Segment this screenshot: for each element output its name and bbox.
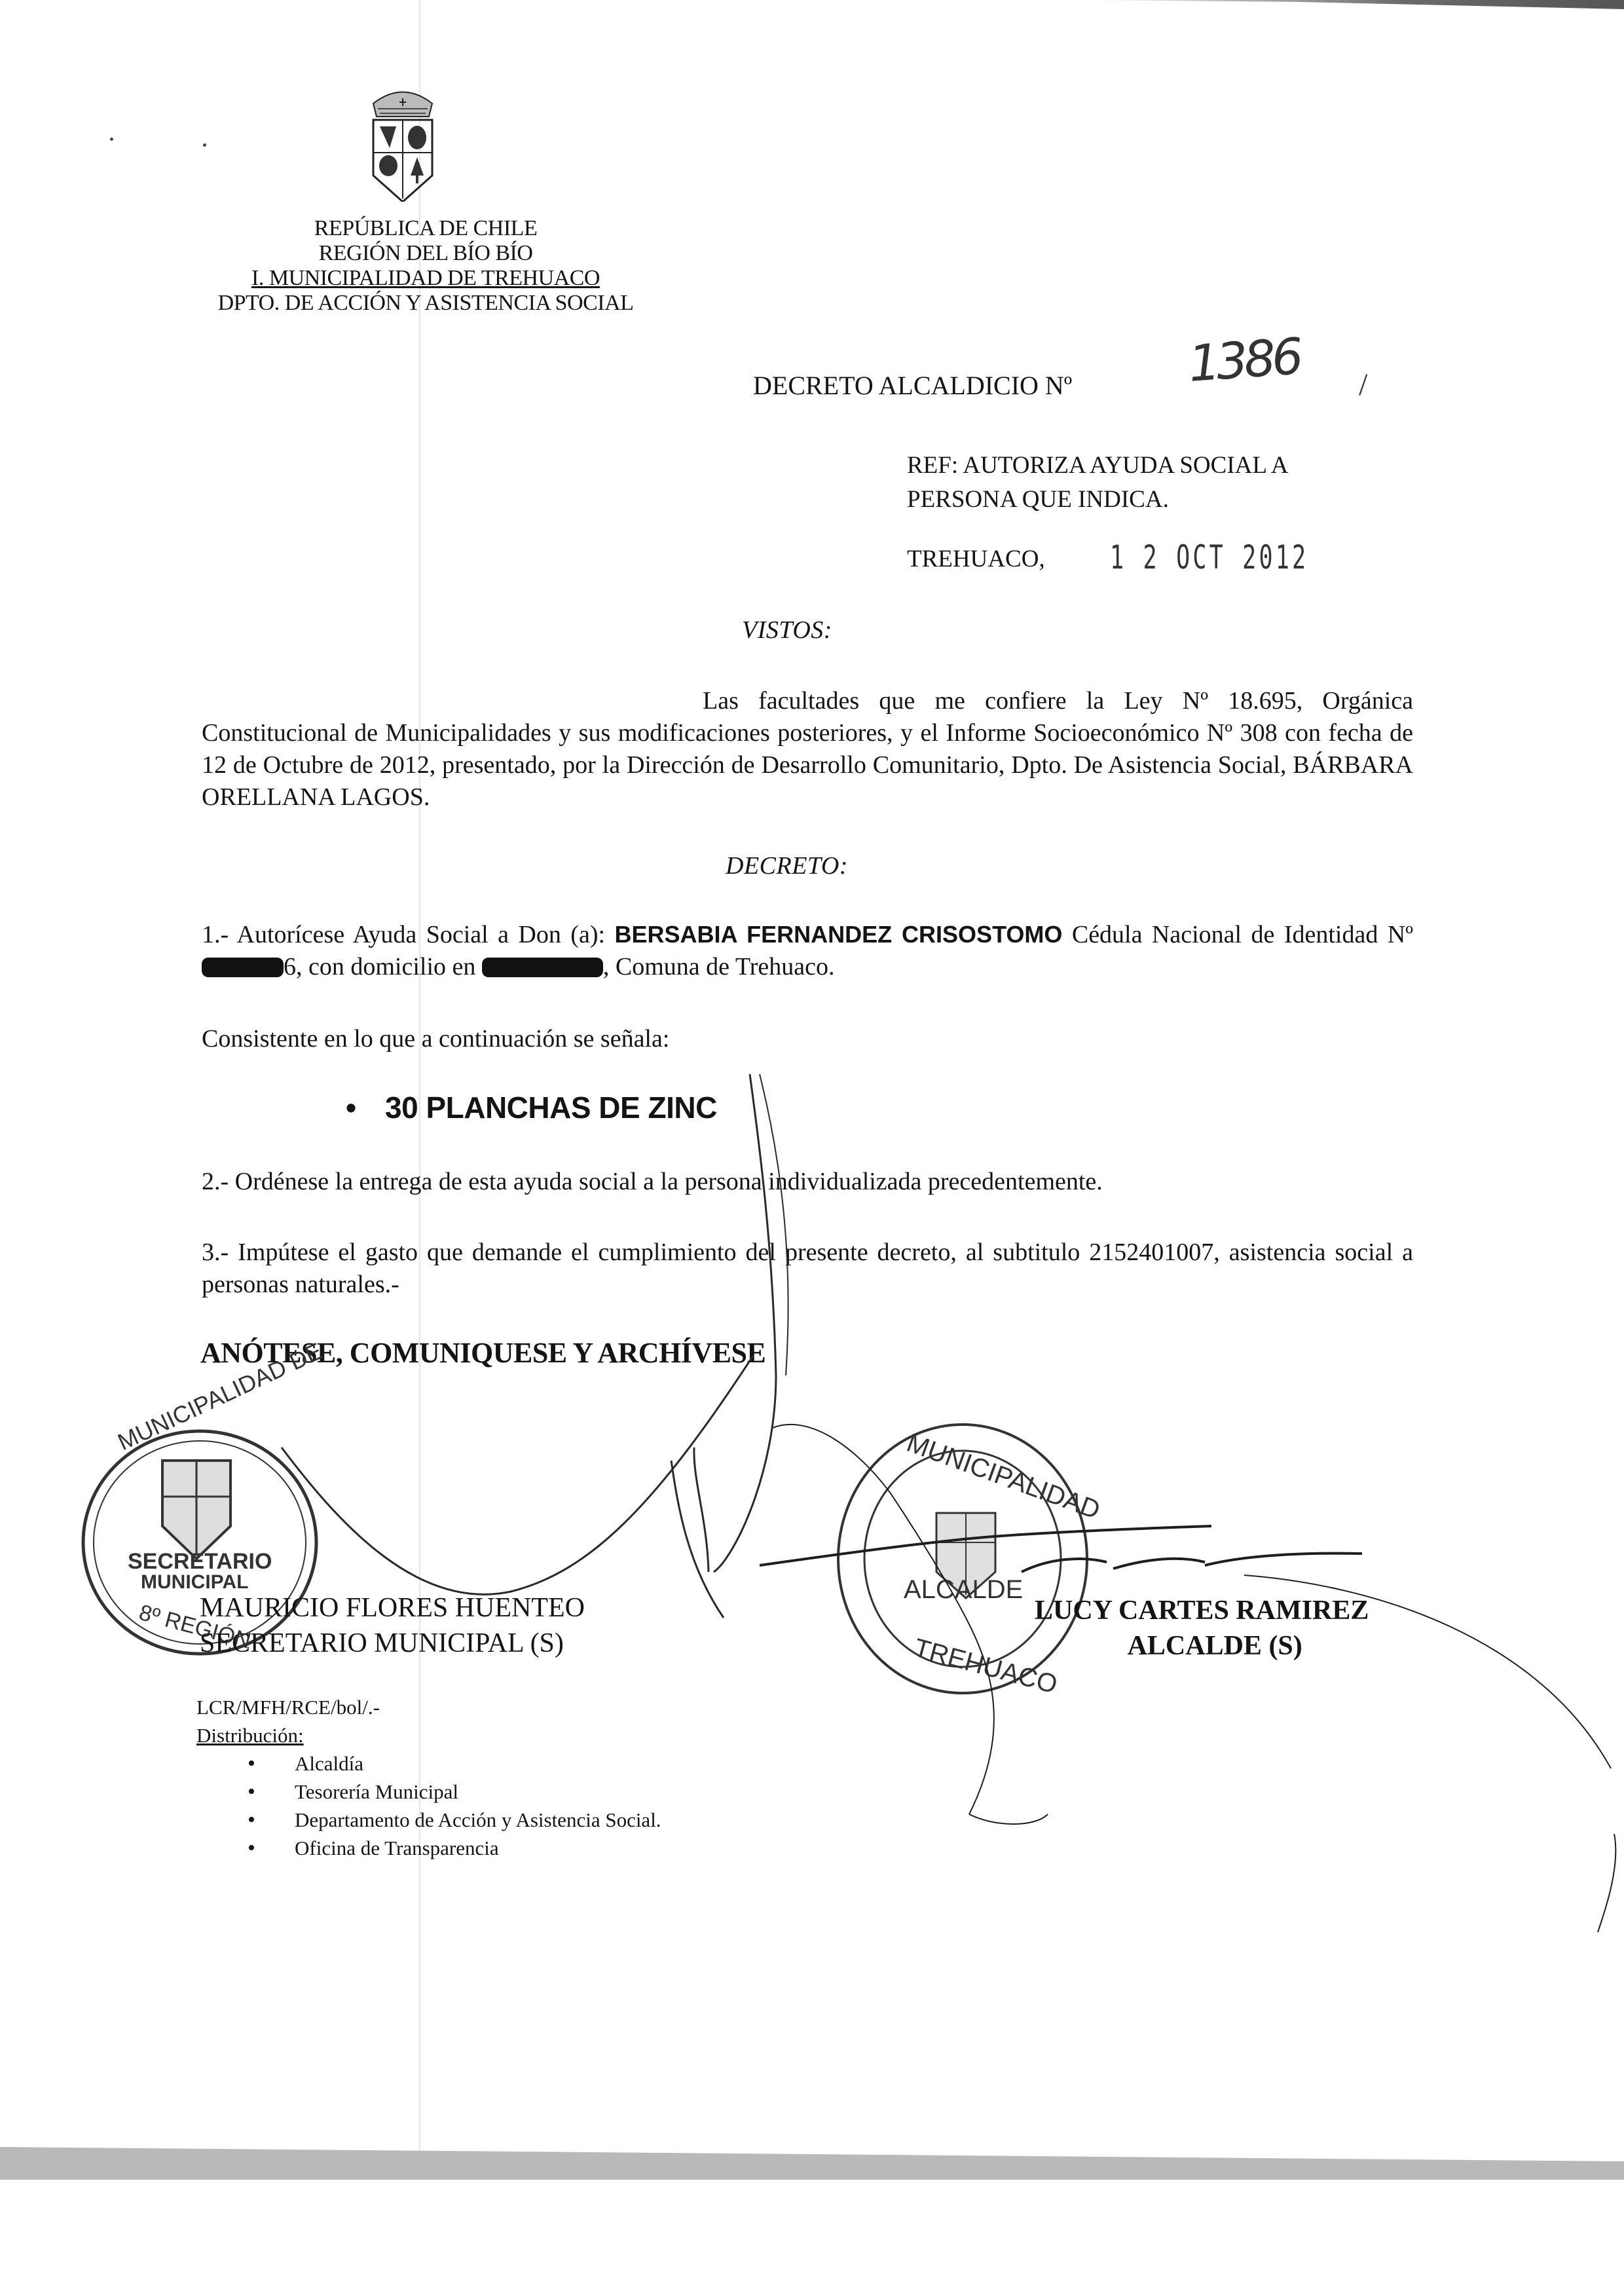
svg-text:MUNICIPALIDAD: MUNICIPALIDAD bbox=[903, 1428, 1104, 1525]
decree-title: DECRETO ALCALDICIO Nº bbox=[753, 370, 1072, 401]
decree-item-1: 1.- Autorícese Ayuda Social a Don (a): B… bbox=[202, 918, 1413, 983]
reference: REF: AUTORIZA AYUDA SOCIAL A PERSONA QUE… bbox=[907, 449, 1289, 517]
distribution-item: Departamento de Acción y Asistencia Soci… bbox=[196, 1806, 661, 1834]
beneficiary-name: BERSABIA FERNANDEZ CRISOSTOMO bbox=[614, 921, 1062, 948]
department-name: DPTO. DE ACCIÓN Y ASISTENCIA SOCIAL bbox=[196, 291, 655, 316]
country-name: REPÚBLICA DE CHILE bbox=[196, 216, 655, 241]
distribution-label: Distribución: bbox=[196, 1721, 661, 1749]
scan-speck bbox=[203, 143, 206, 147]
secretary-signature-block: MAURICIO FLORES HUENTEO SECRETARIO MUNIC… bbox=[200, 1590, 585, 1661]
scan-shadow-bottom bbox=[0, 2147, 1624, 2180]
distribution-item: Tesorería Municipal bbox=[196, 1778, 661, 1806]
stamps-and-signatures: SECRETARIO MUNICIPAL MUNICIPALIDAD DE 8º… bbox=[0, 0, 1624, 2295]
mayor-signature-block: LUCY CARTES RAMIREZ ALCALDE (S) bbox=[1035, 1593, 1369, 1664]
letterhead: REPÚBLICA DE CHILE REGIÓN DEL BÍO BÍO I.… bbox=[196, 216, 655, 316]
decree-item-2: 2.- Ordénese la entrega de esta ayuda so… bbox=[202, 1166, 1413, 1198]
bullet-icon: • bbox=[346, 1090, 385, 1125]
distribution-item: Alcaldía bbox=[196, 1749, 661, 1778]
decreto-heading: DECRETO: bbox=[726, 851, 848, 880]
place: TREHUACO, bbox=[907, 545, 1045, 573]
distribution-list: Alcaldía Tesorería Municipal Departament… bbox=[196, 1749, 661, 1862]
consistent-line: Consistente en lo que a continuación se … bbox=[202, 1023, 1413, 1055]
decree-number-handwritten: 1386 bbox=[1187, 327, 1301, 393]
reference-line-1: REF: AUTORIZA AYUDA SOCIAL A bbox=[907, 449, 1289, 483]
vistos-heading: VISTOS: bbox=[742, 616, 832, 644]
redacted-id bbox=[202, 958, 284, 977]
initials: LCR/MFH/RCE/bol/.- bbox=[196, 1693, 661, 1721]
scan-speck bbox=[110, 138, 113, 141]
date-stamp: 1 2 OCT 2012 bbox=[1110, 538, 1308, 576]
distribution-footer: LCR/MFH/RCE/bol/.- Distribución: Alcaldí… bbox=[196, 1693, 661, 1862]
municipality-name: I. MUNICIPALIDAD DE TREHUACO bbox=[196, 266, 655, 291]
aid-item: •30 PLANCHAS DE ZINC bbox=[346, 1090, 717, 1125]
decree-item-3: 3.- Impútese el gasto que demande el cum… bbox=[202, 1237, 1413, 1301]
closing-formula: ANÓTESE, COMUNIQUESE Y ARCHÍVESE bbox=[200, 1336, 766, 1370]
scan-shadow-top bbox=[1074, 0, 1624, 9]
vistos-paragraph: Las facultades que me confiere la Ley Nº… bbox=[202, 685, 1413, 813]
svg-text:SECRETARIO: SECRETARIO bbox=[128, 1549, 272, 1574]
reference-line-2: PERSONA QUE INDICA. bbox=[907, 483, 1289, 517]
distribution-item: Oficina de Transparencia bbox=[196, 1834, 661, 1862]
mayor-title: ALCALDE (S) bbox=[1035, 1628, 1369, 1664]
municipal-crest-icon bbox=[363, 84, 442, 202]
secretary-name: MAURICIO FLORES HUENTEO bbox=[200, 1590, 585, 1626]
redacted-address bbox=[482, 958, 603, 977]
decree-slash: / bbox=[1359, 367, 1367, 403]
region-name: REGIÓN DEL BÍO BÍO bbox=[196, 241, 655, 266]
mayor-name: LUCY CARTES RAMIREZ bbox=[1035, 1593, 1369, 1628]
secretary-title: SECRETARIO MUNICIPAL (S) bbox=[200, 1626, 585, 1661]
svg-text:ALCALDE: ALCALDE bbox=[904, 1575, 1023, 1604]
